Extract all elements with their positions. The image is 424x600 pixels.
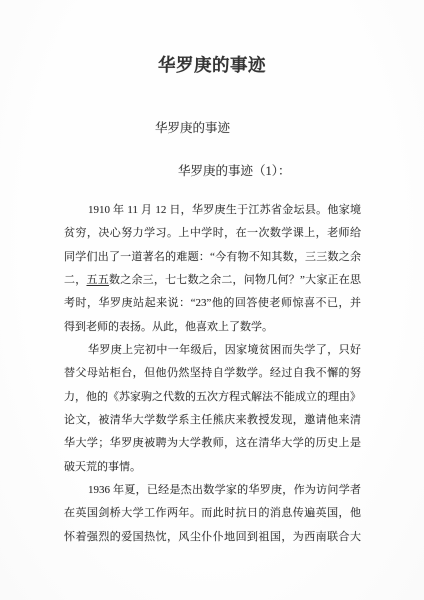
underlined-text: 五五 [86,274,108,286]
document-page: 华罗庚的事迹 华罗庚的事迹 华罗庚的事迹（1）： 1910 年 11 月 12 … [0,0,424,600]
text-line: 力，他的《苏家驹之代数的五次方程式解法不能成立的理由》 [64,386,361,409]
text-line: 得到老师的表扬。从此，他喜欢上了数学。 [64,316,361,339]
text-line: 1910 年 11 月 12 日，华罗庚生于江苏省金坛县。他家境 [64,199,361,222]
section-heading: 华罗庚的事迹（1）： [178,161,291,179]
text-line: 华大学；华罗庚被聘为大学教师，这在清华大学的历史上是 [64,432,361,455]
text-line: 怀着强烈的爱国热忱，风尘仆仆地回到祖国，为西南联合大 [64,526,361,549]
text-line: 论文，被清华大学数学系主任熊庆来教授发现，邀请他来清 [64,409,361,432]
text-line: 在英国剑桥大学工作两年。而此时抗日的消息传遍英国，他 [64,502,361,525]
text-line: 同学们出了一道著名的难题：“今有物不知其数，三三数之余 [64,246,361,269]
text-line: 华罗庚上完初中一年级后，因家境贫困而失学了，只好 [64,339,361,362]
document-title: 华罗庚的事迹 [0,52,424,77]
document-subtitle: 华罗庚的事迹 [155,118,230,136]
text-line: 考时，华罗庚站起来说：“23”他的回答使老师惊喜不已，并 [64,292,361,315]
text-line: 破天荒的事情。 [64,456,361,479]
text-line: 1936 年夏，已经是杰出数学家的华罗庚，作为访问学者 [64,479,361,502]
text-line: 二，五五数之余三，七七数之余二，问物几何？”大家正在思 [64,269,361,292]
text-line: 替父母站柜台，但他仍然坚持自学数学。经过自我不懈的努 [64,362,361,385]
document-body: 1910 年 11 月 12 日，华罗庚生于江苏省金坛县。他家境贫穷，决心努力学… [64,199,361,549]
text-line: 贫穷，决心努力学习。上中学时，在一次数学课上，老师给 [64,222,361,245]
